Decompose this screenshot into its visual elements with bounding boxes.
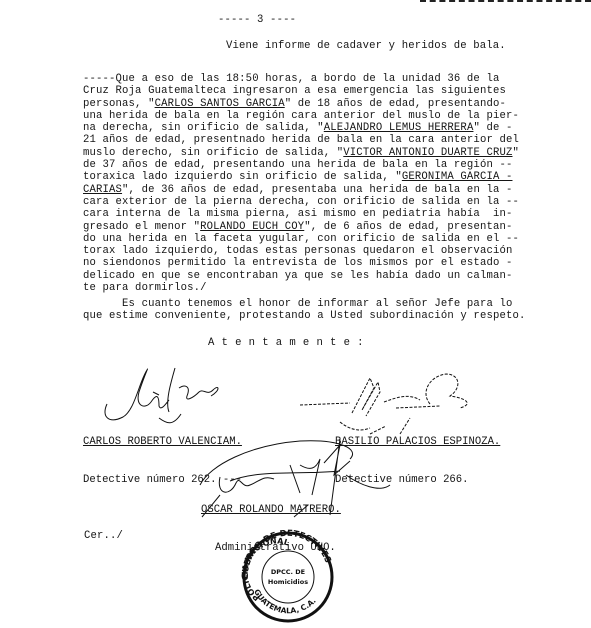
underlined-person-name: CARLOS SANTOS GARCIA <box>155 98 285 110</box>
stamp-center-line2: Homicidios <box>268 578 308 586</box>
signature-2-name: BASILIO PALACIOS ESPINOZA. <box>335 436 500 449</box>
body-line: gresado el menor "ROLANDO EUCH COY", de … <box>83 221 519 233</box>
body-line: te para dormirlos./ <box>83 282 519 294</box>
underlined-person-name: CARIAS <box>83 184 122 196</box>
body-line: cara exterior de la pierna derecha, con … <box>83 196 519 208</box>
salutation: Atentamente: <box>208 337 371 349</box>
body-line: na derecha, sin orificio de salida, "ALE… <box>83 122 519 134</box>
body-line: de 37 años de edad, presentando una heri… <box>83 159 519 171</box>
body-line: toraxica lado izquierdo sin orificio de … <box>83 171 519 183</box>
signature-3-name: OSCAR ROLANDO MATRERO. <box>201 504 341 517</box>
body-line: delicado en que se encontraban ya que se… <box>83 270 519 282</box>
body-line: cara interna de la misma pierna, asi mis… <box>83 208 519 220</box>
signature-1-name: CARLOS ROBERTO VALENCIAM. <box>83 436 242 449</box>
top-edge-dashes <box>420 0 591 4</box>
stamp-center-line1: DPCC. DE <box>271 568 305 576</box>
body-line: CARIAS", de 36 años de edad, presentaba … <box>83 184 519 196</box>
document-page: ----- 3 ---- Viene informe de cadaver y … <box>0 0 591 628</box>
body-line: personas, "CARLOS SANTOS GARCIA" de 18 a… <box>83 98 519 110</box>
closing-paragraph: Es cuanto tenemos el honor de informar a… <box>83 298 526 323</box>
copy-note: Cer../ <box>84 530 123 542</box>
closing-line: que estime conveniente, protestando a Us… <box>83 310 526 322</box>
underlined-person-name: GERONIMA GARCIA - <box>402 171 513 183</box>
body-line: 21 años de edad, presentnado herida de b… <box>83 134 519 146</box>
underlined-person-name: ALEJANDRO LEMUS HERRERA <box>324 122 474 134</box>
underlined-person-name: VICTOR ANTONIO DUARTE CRUZ <box>343 147 512 159</box>
body-line: do una herida en la faceta yugular, con … <box>83 233 519 245</box>
underlined-person-name: ROLANDO EUCH COY <box>200 221 304 233</box>
closing-line: Es cuanto tenemos el honor de informar a… <box>83 298 526 310</box>
body-line: una herida de bala en la región cara ant… <box>83 110 519 122</box>
signature-2-block: BASILIO PALACIOS ESPINOZA. Detective núm… <box>335 411 500 511</box>
body-line: muslo derecho, sin orificio de salida, "… <box>83 147 519 159</box>
report-body: -----Que a eso de las 18:50 horas, a bor… <box>83 73 519 294</box>
document-subject: Viene informe de cadaver y heridos de ba… <box>226 40 506 52</box>
body-line: -----Que a eso de las 18:50 horas, a bor… <box>83 73 519 85</box>
signature-2-title: Detective número 266. <box>335 474 500 487</box>
body-line: no siendonos permitido la entrevista de … <box>83 257 519 269</box>
body-line: Cruz Roja Guatemalteca ingresaron a esa … <box>83 85 519 97</box>
page-number: ----- 3 ---- <box>218 14 296 26</box>
body-line: torax lado izquierdo, todas estas person… <box>83 245 519 257</box>
official-stamp: CUERPO DE DETECTIVES POLICIA NACIONAL GU… <box>232 527 344 623</box>
